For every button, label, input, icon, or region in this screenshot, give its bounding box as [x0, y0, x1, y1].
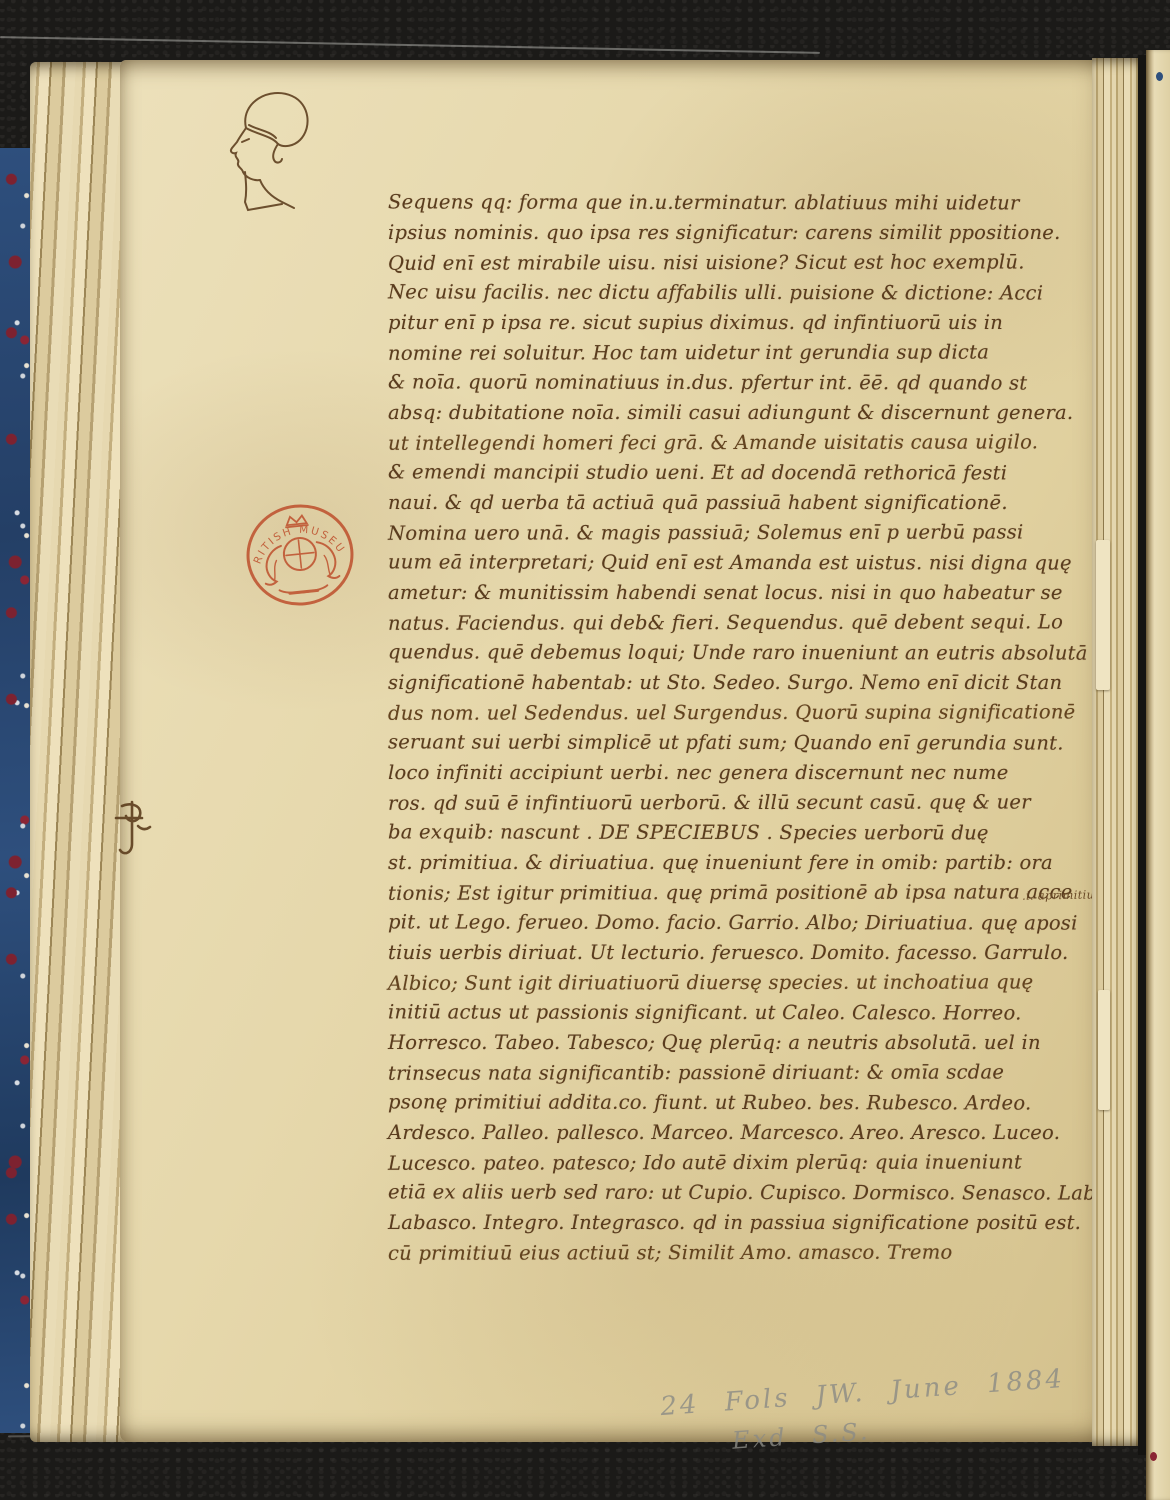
text-line: uum eā interpretari; Quid enī est Amanda…	[388, 547, 1118, 578]
text-line: dus nom. uel Sedendus. uel Surgendus. Qu…	[388, 697, 1118, 729]
text-line: etiā ex aliis uerb sed raro: ut Cupio. C…	[388, 1177, 1118, 1208]
text-line: st. primitiua. & diriuatiua. quę inueniu…	[388, 848, 1118, 878]
text-line: quendus. quē debemus loqui; Unde raro in…	[388, 637, 1118, 668]
text-line: ut intellegendi homeri feci grā. & Amand…	[388, 427, 1118, 459]
text-line: ros. qd suū ē infintiuorū uerborū. & ill…	[388, 787, 1118, 819]
text-line: loco infiniti accipiunt uerbi. nec gener…	[388, 758, 1118, 788]
british-museum-stamp: BRITISH MUSEUM	[237, 494, 364, 616]
text-line: pitur enī p ipsa re. sicut supius diximu…	[388, 308, 1118, 338]
leaf-edge-tab	[1098, 990, 1110, 1110]
cover-edge-highlight-top	[0, 36, 820, 54]
pencil-foliation-note: 24 Fols JW. June 1884	[659, 1364, 1066, 1422]
text-line: Nomina uero unā. & magis passiuā; Solemu…	[388, 517, 1118, 549]
text-line: initiū actus ut passionis significant. u…	[388, 997, 1118, 1028]
profile-head-sketch-icon	[212, 80, 322, 220]
text-line: absq: dubitatione noīa. simili casui adi…	[388, 398, 1118, 428]
manuscript-page: BRITISH MUSEUM Sequens qq: forma que in.…	[120, 60, 1105, 1442]
text-line: ipsius nominis. quo ipsa res significatu…	[388, 218, 1118, 248]
quire-mark-icon	[108, 792, 158, 870]
text-line: Nec uisu facilis. nec dictu affabilis ul…	[388, 277, 1118, 308]
text-line: pit. ut Lego. ferueo. Domo. facio. Garri…	[388, 907, 1118, 938]
photograph-background: BRITISH MUSEUM Sequens qq: forma que in.…	[0, 0, 1170, 1500]
text-line: naui. & qd uerba tā actiuā quā passiuā h…	[388, 488, 1118, 518]
text-line: Lucesco. pateo. patesco; Ido autē dixim …	[388, 1147, 1118, 1179]
text-line: psonę primitiui addita.co. fiunt. ut Rub…	[388, 1087, 1118, 1118]
text-line: tiuis uerbis diriuat. Ut lecturio. ferue…	[388, 938, 1118, 968]
text-line: Horresco. Tabeo. Tabesco; Quę plerūq: a …	[388, 1028, 1118, 1058]
text-line: Ardesco. Palleo. pallesco. Marceo. Marce…	[388, 1118, 1118, 1148]
right-fore-edge	[1092, 58, 1138, 1446]
leaf-edge-tab	[1096, 540, 1110, 690]
text-line: natus. Faciendus. qui deb& fieri. Sequen…	[388, 607, 1118, 639]
text-line: Quid enī est mirabile uisu. nisi uisione…	[388, 247, 1118, 279]
text-line: seruant sui uerbi simplicē ut pfati sum;…	[388, 727, 1118, 758]
pencil-examined-note: Exd S.S.	[731, 1417, 871, 1455]
facing-leaf-sliver	[1146, 50, 1170, 1500]
text-line: cū primitiuū eius actiuū st; Similit Amo…	[388, 1237, 1118, 1269]
marble-fleck	[1150, 1452, 1157, 1461]
text-line: ametur: & munitissim habendi senat locus…	[388, 578, 1118, 608]
text-line: & emendi mancipii studio ueni. Et ad doc…	[388, 457, 1118, 488]
text-line: Albico; Sunt igit diriuatiuorū diuersę s…	[388, 967, 1118, 999]
text-line: ba exquib: nascunt . DE SPECIEBUS . Spec…	[388, 817, 1118, 848]
text-line: Labasco. Integro. Integrasco. qd in pass…	[388, 1208, 1118, 1238]
text-line: tionis; Est igitur primitiua. quę primā …	[388, 877, 1118, 909]
text-line: & noīa. quorū nominatiuus in.dus. pfertu…	[388, 367, 1118, 398]
latin-text-block: Sequens qq: forma que in.u.terminatur. a…	[388, 188, 1118, 1268]
text-line: nomine rei soluitur. Hoc tam uidetur int…	[388, 337, 1118, 369]
text-line: Sequens qq: forma que in.u.terminatur. a…	[388, 187, 1118, 218]
text-line: significationē habentab: ut Sto. Sedeo. …	[388, 668, 1118, 698]
marble-fleck	[1156, 72, 1163, 81]
text-line: trinsecus nata significantib: passionē d…	[388, 1057, 1118, 1089]
